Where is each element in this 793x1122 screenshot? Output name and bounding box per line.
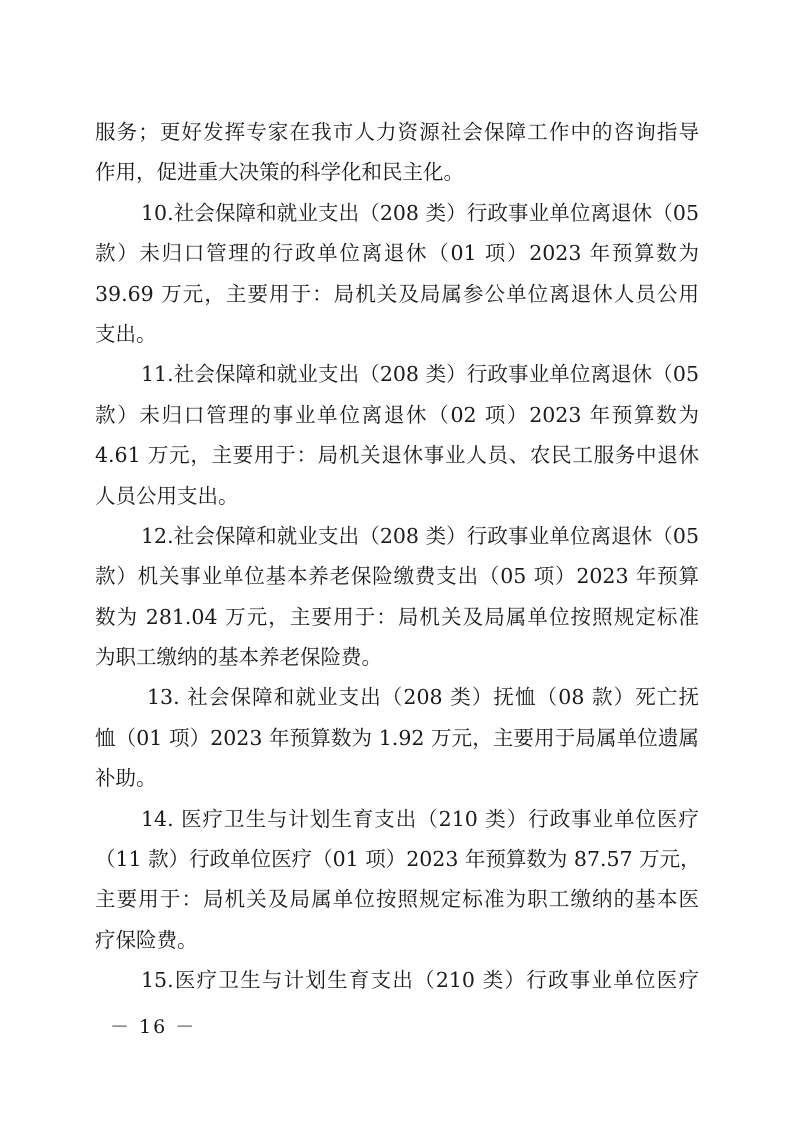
text-line: 14. 医疗卫生与计划生育支出（210 类）行政事业单位医疗 (95, 799, 699, 839)
text-line: （11 款）行政单位医疗（01 项）2023 年预算数为 87.57 万元， (95, 839, 699, 879)
budget-item-15: 15.医疗卫生与计划生育支出（210 类）行政事业单位医疗 (95, 960, 699, 1000)
budget-item-10: 10.社会保障和就业支出（208 类）行政事业单位离退休（05 款）未归口管理的… (95, 193, 699, 355)
text-line: 主要用于：局机关及局属单位按照规定标准为职工缴纳的基本医 (95, 879, 699, 919)
text-line: 数为 281.04 万元，主要用于：局机关及局属单位按照规定标准 (95, 597, 699, 637)
text-line: 款）未归口管理的事业单位离退休（02 项）2023 年预算数为 (95, 395, 699, 435)
text-line: 15.医疗卫生与计划生育支出（210 类）行政事业单位医疗 (95, 960, 699, 1000)
document-page: 服务；更好发挥专家在我市人力资源社会保障工作中的咨询指导 作用，促进重大决策的科… (0, 0, 793, 1122)
page-number: － 16 － (110, 1012, 196, 1042)
text-line: 恤（01 项）2023 年预算数为 1.92 万元，主要用于局属单位遗属 (95, 718, 699, 758)
text-line: 10.社会保障和就业支出（208 类）行政事业单位离退休（05 (95, 193, 699, 233)
paragraph-continuation: 服务；更好发挥专家在我市人力资源社会保障工作中的咨询指导 作用，促进重大决策的科… (95, 112, 699, 193)
text-line: 为职工缴纳的基本养老保险费。 (95, 637, 699, 677)
text-line: 款）机关事业单位基本养老保险缴费支出（05 项）2023 年预算 (95, 556, 699, 596)
text-line: 12.社会保障和就业支出（208 类）行政事业单位离退休（05 (95, 516, 699, 556)
budget-item-11: 11.社会保障和就业支出（208 类）行政事业单位离退休（05 款）未归口管理的… (95, 354, 699, 516)
text-line: 服务；更好发挥专家在我市人力资源社会保障工作中的咨询指导 (95, 112, 699, 152)
text-line: 13. 社会保障和就业支出（208 类）抚恤（08 款）死亡抚 (95, 677, 699, 717)
budget-item-13: 13. 社会保障和就业支出（208 类）抚恤（08 款）死亡抚 恤（01 项）2… (95, 677, 699, 798)
text-line: 作用，促进重大决策的科学化和民主化。 (95, 152, 699, 192)
text-line: 4.61 万元，主要用于：局机关退休事业人员、农民工服务中退休 (95, 435, 699, 475)
body-text: 服务；更好发挥专家在我市人力资源社会保障工作中的咨询指导 作用，促进重大决策的科… (95, 112, 699, 1001)
text-line: 支出。 (95, 314, 699, 354)
text-line: 11.社会保障和就业支出（208 类）行政事业单位离退休（05 (95, 354, 699, 394)
budget-item-14: 14. 医疗卫生与计划生育支出（210 类）行政事业单位医疗 （11 款）行政单… (95, 799, 699, 961)
text-line: 疗保险费。 (95, 920, 699, 960)
text-line: 39.69 万元，主要用于：局机关及局属参公单位离退休人员公用 (95, 274, 699, 314)
text-line: 款）未归口管理的行政单位离退休（01 项）2023 年预算数为 (95, 233, 699, 273)
text-line: 人员公用支出。 (95, 476, 699, 516)
text-line: 补助。 (95, 758, 699, 798)
budget-item-12: 12.社会保障和就业支出（208 类）行政事业单位离退休（05 款）机关事业单位… (95, 516, 699, 678)
